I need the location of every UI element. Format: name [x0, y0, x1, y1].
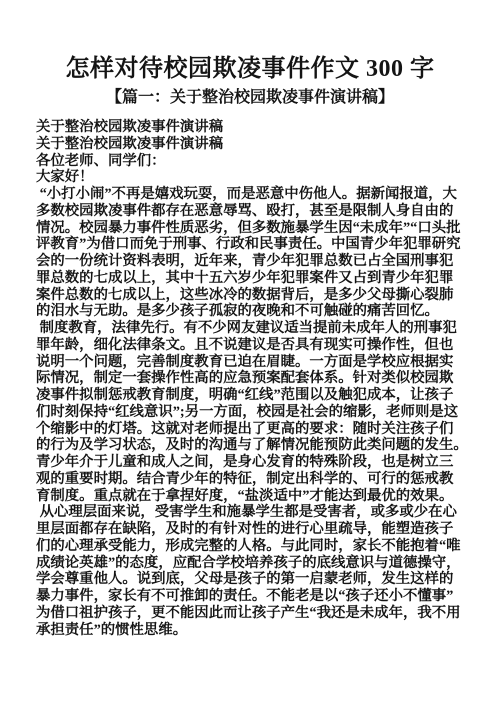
- text-line: 关于整治校园欺凌事件演讲稿: [36, 136, 472, 153]
- text-line: 成绩论英雄”的态度，应配合学校培养孩子的底线意识与道德操守，: [36, 555, 472, 572]
- text-line: 育制度。重点就在于拿捏好度，“盐淡适中”才能达到最优的效果。: [36, 488, 472, 505]
- text-line: 从心理层面来说，受害学生和施暴学生都是受害者，或多或少在心: [36, 504, 472, 521]
- text-line: 观的重要时期。结合青少年的特征，制定出科学的、可行的惩戒教: [36, 471, 472, 488]
- text-line: 个缩影中的灯塔。这就对老师提出了更高的要求：随时关注孩子们: [36, 421, 472, 438]
- text-line: 的行为及学习状态，及时的沟通与了解情况能预防此类问题的发生。: [36, 437, 472, 454]
- page-title: 怎样对待校园欺凌事件作文 300 字: [0, 0, 500, 86]
- text-line: 多数校园欺凌事件都存在恶意辱骂、殴打，甚至是限制人身自由的: [36, 203, 472, 220]
- text-line: 们时刻保持“红线意识”;另一方面，校园是社会的缩影，老师则是这: [36, 404, 472, 421]
- text-line: 罪年龄，细化法律条文。且不说建议是否具有现实可操作性，但也: [36, 337, 472, 354]
- text-line: 的泪水与无助。是多少孩子孤寂的夜晚和不可触碰的痛苦回忆。: [36, 303, 472, 320]
- text-line: “小打小闹”不再是嬉戏玩耍，而是恶意中伤他人。据新闻报道，大: [36, 186, 472, 203]
- text-line: 青少年介于儿童和成人之间，是身心发育的特殊阶段，也是树立三: [36, 454, 472, 471]
- section-heading: 【篇一：关于整治校园欺凌事件演讲稿】: [0, 86, 500, 110]
- text-line: 说明一个问题，完善制度教育已迫在眉睫。一方面是学校应根据实: [36, 354, 472, 371]
- text-line: 学会尊重他人。说到底，父母是孩子的第一启蒙老师，发生这样的: [36, 571, 472, 588]
- text-line: 情况。校园暴力事件性质恶劣，但多数施暴学生因“未成年”“口头批: [36, 220, 472, 237]
- text-line: 案件总数的七成以上，这些冰冷的数据背后，是多少父母撕心裂肺: [36, 287, 472, 304]
- text-line: 里层面都存在缺陷，及时的有针对性的进行心里疏导，能塑造孩子: [36, 521, 472, 538]
- text-line: 暴力事件，家长有不可推卸的责任。不能老是以“孩子还小不懂事”: [36, 588, 472, 605]
- text-line: 大家好！: [36, 169, 472, 186]
- text-line: 各位老师、同学们：: [36, 153, 472, 170]
- text-line: 评教育”为借口而免于刑事、行政和民事责任。中国青少年犯罪研究: [36, 236, 472, 253]
- text-line: 们的心理承受能力，形成完整的人格。与此同时，家长不能抱着“唯: [36, 538, 472, 555]
- text-line: 关于整治校园欺凌事件演讲稿: [36, 119, 472, 136]
- text-line: 会的一份统计资料表明，近年来，青少年犯罪总数已占全国刑事犯: [36, 253, 472, 270]
- text-line: 为借口祖护孩子，更不能因此而让孩子产生“我还是未成年，我不用: [36, 605, 472, 622]
- text-line: 罪总数的七成以上，其中十五六岁少年犯罪案件又占到青少年犯罪: [36, 270, 472, 287]
- text-line: 承担责任”的惯性思维。: [36, 622, 472, 639]
- document-page: 怎样对待校园欺凌事件作文 300 字 【篇一：关于整治校园欺凌事件演讲稿】 关于…: [0, 0, 500, 707]
- text-line: 制度教育，法律先行。有不少网友建议适当提前未成年人的刑事犯: [36, 320, 472, 337]
- text-line: 凌事件拟制惩戒教育制度，明确“红线”范围以及触犯成本，让孩子: [36, 387, 472, 404]
- text-line: 际情况，制定一套操作性高的应急预案配套体系。针对类似校园欺: [36, 370, 472, 387]
- document-body: 关于整治校园欺凌事件演讲稿关于整治校园欺凌事件演讲稿各位老师、同学们：大家好！ …: [0, 119, 500, 638]
